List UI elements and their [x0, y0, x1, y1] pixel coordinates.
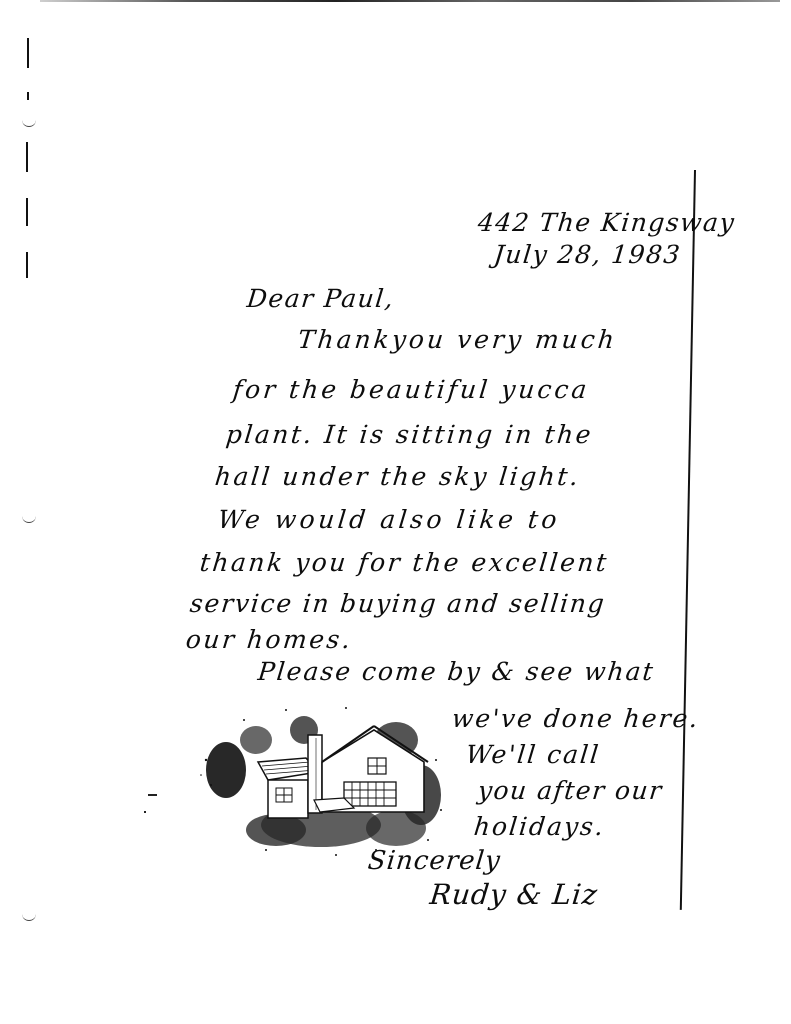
stray-mark [148, 794, 157, 796]
body-line: holidays. [472, 812, 606, 841]
margin-mark [27, 92, 29, 100]
body-line: plant. It is sitting in the [224, 420, 594, 449]
scan-top-edge [40, 0, 780, 2]
margin-mark [26, 252, 28, 278]
margin-mark [22, 914, 36, 921]
margin-mark [26, 198, 28, 226]
margin-mark [26, 142, 28, 172]
body-line: hall under the sky light. [213, 462, 581, 491]
stray-mark [144, 811, 146, 813]
body-line: our homes. [184, 625, 354, 654]
margin-mark [27, 38, 29, 68]
signature: Rudy & Liz [428, 878, 599, 911]
body-line: you after our [476, 776, 664, 805]
right-margin-rule [680, 170, 696, 910]
body-line: for the beautiful yucca [231, 375, 590, 404]
body-line: We'll call [464, 740, 601, 769]
letter-date: July 28, 1983 [492, 240, 682, 269]
body-line: We would also like to [216, 505, 561, 534]
margin-mark [22, 516, 36, 523]
body-line: Please come by & see what [256, 657, 656, 686]
return-address: 442 The Kingsway [476, 208, 736, 237]
body-line: we've done here. [450, 704, 700, 733]
body-line: Thankyou very much [296, 325, 618, 354]
body-line: thank you for the excellent [198, 548, 610, 577]
margin-mark [22, 120, 36, 127]
letter-page: 442 The Kingsway July 28, 1983 Dear Paul… [0, 0, 791, 1024]
salutation: Dear Paul, [245, 284, 395, 313]
body-line: service in buying and selling [188, 589, 607, 618]
house-sketch-illustration [196, 700, 446, 860]
